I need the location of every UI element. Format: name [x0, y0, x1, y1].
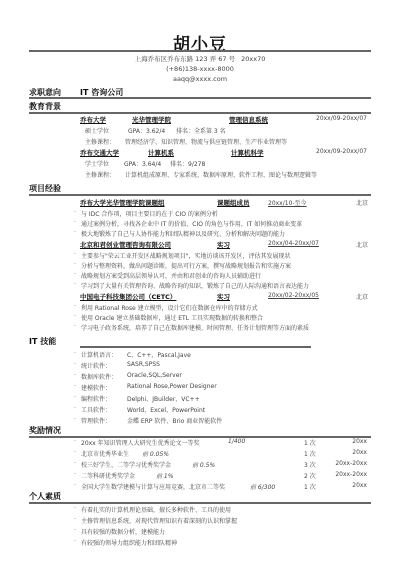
project-bullet: 主要参与"荣云工业开发区战略规划项目"，实地访谈该开发区，评估其发展现状 — [81, 251, 291, 260]
award-count: 1 次 — [304, 482, 316, 491]
qualities-title: 个人素质 — [29, 491, 61, 502]
address-line: 上海乔布区乔布东路 123 弄 67 号 20xx70 — [0, 54, 400, 63]
quality-item: 有较强的领导力组织能力和团队精神 — [81, 538, 177, 547]
skill-label: 工具软件： — [81, 405, 111, 414]
edu-period: 20xx/09-20xx/07 — [316, 148, 367, 155]
award-name: 二等科研优秀奖学金 — [81, 471, 135, 480]
skill-value: World、Excel、PowerPoint — [127, 405, 205, 414]
project-bullet: 分析与整理资料，做出问题诊断，提出可行方案，撰写战略规划报告和实施方案 — [81, 261, 291, 270]
projects-divider — [29, 194, 371, 196]
project-location: 北京 — [356, 292, 368, 301]
project-period: 20xx/10-至今 — [268, 198, 307, 207]
email: aaqq@xxxx.com — [0, 75, 400, 83]
skill-value: Delphi、JBuilder、VC++ — [127, 394, 200, 403]
projects-title: 项目经验 — [29, 183, 61, 194]
skills-title: IT 技能 — [29, 336, 56, 347]
award-count: 1 次 — [304, 449, 316, 458]
project-bullet: 使用 Oracle 建立基础数据库，通过 ETL 工具实现数据的转换和整合 — [81, 313, 263, 322]
skill-label: 统计软件： — [81, 361, 111, 370]
award-year: 20xx — [352, 449, 367, 456]
project-bullet: 学习到了大量有关管理咨询、战略咨询的知识，锻炼了自己的人际沟通和语言表达能力 — [81, 281, 309, 290]
education-title: 教育背景 — [29, 101, 61, 112]
project-role: 实习 — [217, 292, 230, 301]
project-bullet: 极大地锻炼了自己与人协作能力和团队精神以及研究、分析和解决问题的能力 — [81, 229, 285, 238]
skill-label: 计算机语言： — [81, 350, 117, 359]
edu-degree: 硕士学位 — [85, 126, 109, 135]
edu-rank: 排名：全系第 3 名 — [176, 126, 226, 135]
award-name: 全国大学生数学建模与计算与应用竞赛，北京市二等奖 — [81, 482, 225, 491]
skill-label: 建模软件： — [81, 383, 111, 392]
edu-major: 管理信息系统 — [229, 115, 268, 124]
award-name: 20xx 年知识管理人大研究生优秀论文一等奖 — [81, 438, 200, 447]
award-name: 校三好学生、二等学习优秀奖学金 — [81, 460, 171, 469]
award-ratio: 1/400 — [228, 438, 245, 445]
header-divider — [29, 50, 371, 52]
skill-value: 金蝶 ERP 软件、Brio 商业智能软件 — [127, 416, 222, 425]
project-org: 乔布大学光华管理学院课题组 — [80, 198, 165, 207]
edu-gpa: GPA：3.62/4 — [128, 126, 165, 135]
project-location: 北京 — [356, 198, 368, 207]
edu-college: 计算机系 — [148, 148, 174, 157]
award-ratio: 前 1% — [156, 471, 173, 480]
award-year: 20xx-20xx — [335, 471, 367, 478]
intent-divider — [29, 97, 371, 99]
skills-divider — [80, 346, 311, 348]
project-bullet: 利用 Rational Rose 建立模型，设计它们在数据仓库中的存储方式 — [81, 303, 258, 312]
project-bullet: 学习电子政务系统，培养了自己在数据库建模、时间管理、任务计划管理等方面的素质 — [81, 323, 309, 332]
edu-gpa: GPA：3.64/4 — [124, 159, 161, 168]
education-divider — [29, 112, 371, 114]
edu-college: 光华管理学院 — [132, 115, 171, 124]
phone: (+86)138-xxxx-8000 — [0, 65, 400, 73]
skill-label: 管理软件： — [81, 416, 111, 425]
project-role: 课题组成员 — [217, 198, 250, 207]
skill-value: Oracle,SQL,Server — [127, 372, 182, 379]
skill-value: SASR,SPSS — [127, 361, 160, 368]
project-period: 20xx/04-20xx/07 — [268, 240, 319, 247]
skill-label: 数据库软件： — [81, 372, 117, 381]
project-bullet: 通过案例分析，寻找各企业中 IT 的价值，CIO 的角色与作用，IT 如何推动商… — [81, 219, 302, 228]
edu-school: 乔布大学 — [80, 115, 106, 124]
project-org: 北京和君创业管理咨询有限公司 — [80, 240, 171, 249]
award-count: 2 次 — [304, 471, 316, 480]
quality-item: 主修管理信息系统，对现代管理知识有着深刻的认识和掌握 — [81, 516, 237, 525]
edu-degree: 学士学位 — [85, 159, 109, 168]
project-period: 20xx/02-20xx/05 — [268, 292, 319, 299]
award-ratio: 前 6/300 — [250, 482, 275, 491]
award-year: 20xx-20xx — [335, 460, 367, 467]
project-bullet: 战略规划方案受到高层领导认可，并由和君创业的咨询人员辅助进行 — [81, 271, 261, 280]
quality-item: 具有较强的数据分析，建模能力 — [81, 527, 165, 536]
edu-courses: 计算机组成原理、专家系统、数据库原理、软件工程、图论与数理逻辑等 — [125, 170, 317, 179]
quality-item: 有着扎实的计算机理论基础，擅长多种软件、工具的使用 — [81, 505, 231, 514]
award-ratio: 前 0.05% — [142, 449, 169, 458]
edu-school: 乔布交通大学 — [80, 148, 119, 157]
edu-courses: 管理经济学、知识管理、物流与供应链管理、生产作业管理等 — [125, 137, 287, 146]
award-ratio: 前 0.5% — [192, 460, 215, 469]
award-count: 3 次 — [304, 460, 316, 469]
award-count: 1 次 — [304, 438, 316, 447]
address: 上海乔布区乔布东路 123 弄 67 号 — [135, 55, 235, 63]
award-name: 北京市优秀毕业生 — [81, 449, 129, 458]
project-org: 中国电子科技集团公司（CETC） — [80, 292, 176, 301]
skill-label: 编程软件： — [81, 394, 111, 403]
skill-value: Rational Rose,Power Designer — [127, 383, 217, 390]
award-year: 20xx — [352, 482, 367, 489]
project-bullet: 与 IDC 合作项，项目主要目的在于 CIO 的案例分析 — [81, 209, 218, 218]
edu-period: 20xx/09-20xx/07 — [316, 115, 367, 122]
postcode: 20xx70 — [241, 55, 265, 63]
qualities-divider — [29, 502, 371, 504]
edu-major: 计算机科学 — [231, 148, 264, 157]
edu-rank: 排名：9/278 — [170, 159, 205, 168]
award-year: 20xx — [352, 438, 367, 445]
resume-page: 胡小豆 上海乔布区乔布东路 123 弄 67 号 20xx70 (+86)138… — [0, 0, 400, 565]
skill-value: C、C++、Pascal,Jave — [127, 350, 191, 359]
edu-courses-label: 主修课程： — [85, 137, 115, 146]
project-role: 实习 — [217, 240, 230, 249]
awards-title: 奖励情况 — [29, 425, 61, 436]
project-location: 北京 — [356, 240, 368, 249]
edu-courses-label: 主修课程： — [85, 170, 115, 179]
